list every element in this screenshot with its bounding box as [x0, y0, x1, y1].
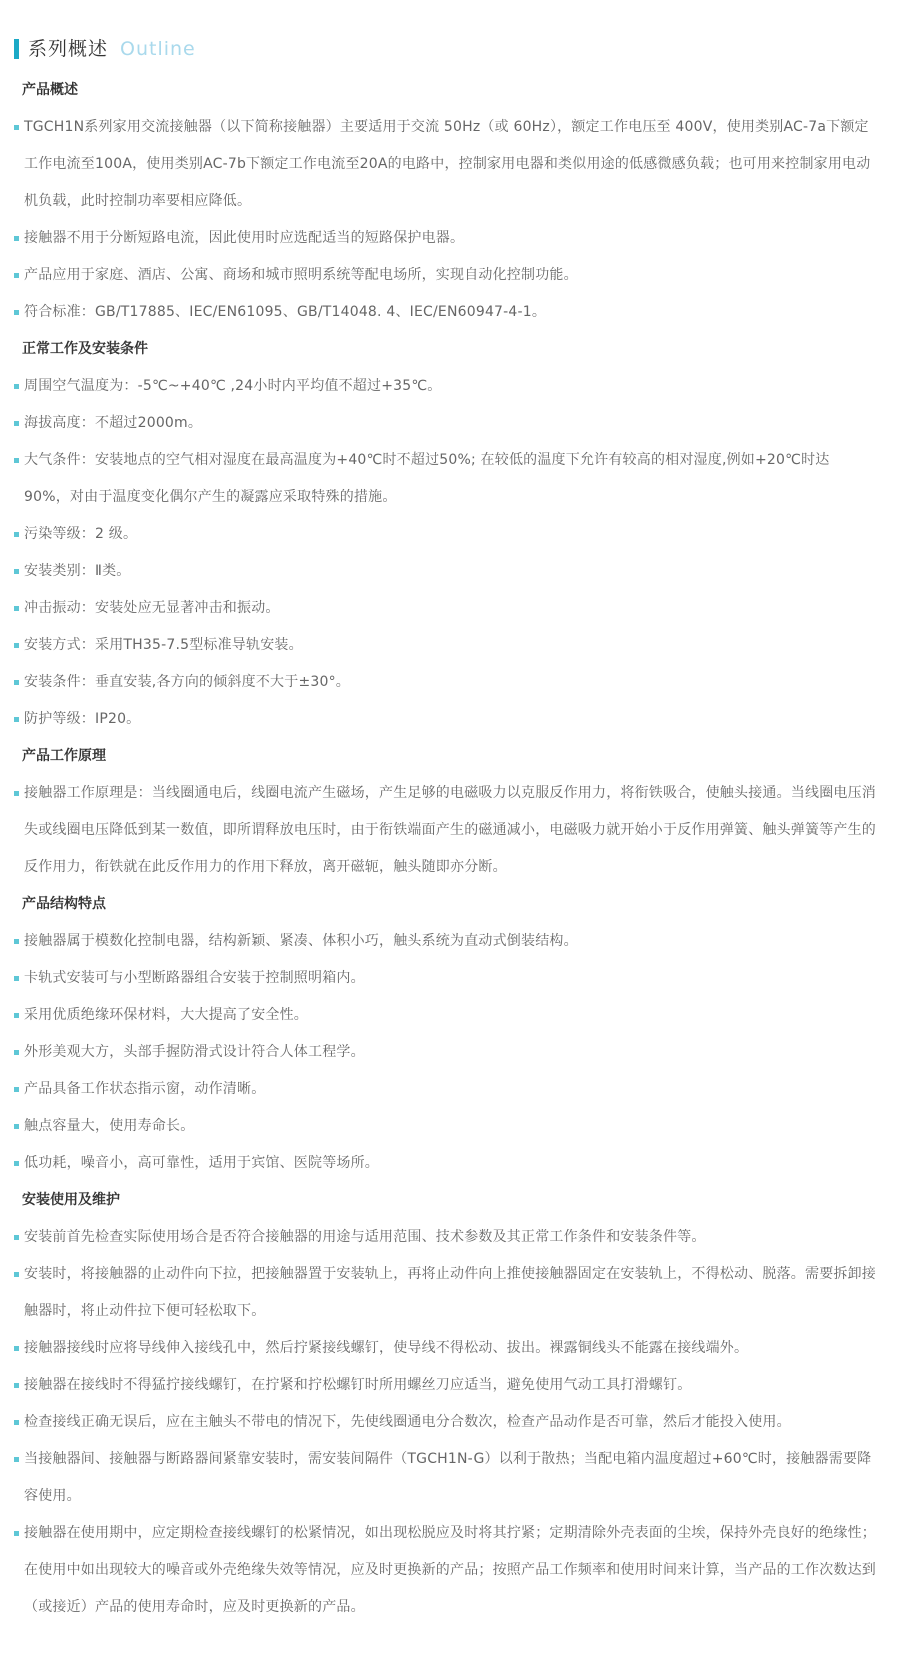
- bullet-item: 海拔高度：不超过2000m。: [14, 405, 876, 442]
- bullet-item: 安装类别：Ⅱ类。: [14, 553, 876, 590]
- bullet-item: 接触器不用于分断短路电流，因此使用时应选配适当的短路保护电器。: [14, 220, 876, 257]
- series-title-cn: 系列概述: [28, 36, 108, 62]
- bullet-item: 低功耗，噪音小，高可靠性，适用于宾馆、医院等场所。: [14, 1145, 876, 1182]
- section-heading-installation-maintenance: 安装使用及维护: [14, 1182, 876, 1219]
- bullet-item: 外形美观大方，头部手握防滑式设计符合人体工程学。: [14, 1034, 876, 1071]
- bullet-list: TGCH1N系列家用交流接触器（以下简称接触器）主要适用于交流 50Hz（或 6…: [14, 109, 876, 331]
- series-title-en: Outline: [120, 36, 196, 62]
- document-page: 系列概述 Outline 产品概述 TGCH1N系列家用交流接触器（以下简称接触…: [0, 0, 900, 1672]
- bullet-item: 冲击振动：安装处应无显著冲击和振动。: [14, 590, 876, 627]
- section-heading-working-principle: 产品工作原理: [14, 738, 876, 775]
- bullet-item: 接触器接线时应将导线伸入接线孔中，然后拧紧接线螺钉，使导线不得松动、拔出。裸露铜…: [14, 1330, 876, 1367]
- bullet-item: 采用优质绝缘环保材料，大大提高了安全性。: [14, 997, 876, 1034]
- bullet-item: 产品应用于家庭、酒店、公寓、商场和城市照明系统等配电场所，实现自动化控制功能。: [14, 257, 876, 294]
- section-product-overview: 产品概述 TGCH1N系列家用交流接触器（以下简称接触器）主要适用于交流 50H…: [14, 72, 876, 331]
- bullet-list: 安装前首先检查实际使用场合是否符合接触器的用途与适用范围、技术参数及其正常工作条…: [14, 1219, 876, 1626]
- section-heading-structure-features: 产品结构特点: [14, 886, 876, 923]
- bullet-item: 防护等级：IP20。: [14, 701, 876, 738]
- section-heading-working-conditions: 正常工作及安装条件: [14, 331, 876, 368]
- bullet-item: 接触器属于模数化控制电器，结构新颖、紧凑、体积小巧，触头系统为直动式倒装结构。: [14, 923, 876, 960]
- section-installation-maintenance: 安装使用及维护 安装前首先检查实际使用场合是否符合接触器的用途与适用范围、技术参…: [14, 1182, 876, 1626]
- bullet-item: 大气条件：安装地点的空气相对湿度在最高温度为+40℃时不超过50%; 在较低的温…: [14, 442, 876, 516]
- bullet-item: 当接触器间、接触器与断路器间紧靠安装时，需安装间隔件（TGCH1N-G）以利于散…: [14, 1441, 876, 1515]
- bullet-list: 接触器属于模数化控制电器，结构新颖、紧凑、体积小巧，触头系统为直动式倒装结构。 …: [14, 923, 876, 1182]
- section-working-principle: 产品工作原理 接触器工作原理是：当线圈通电后，线圈电流产生磁场，产生足够的电磁吸…: [14, 738, 876, 886]
- bullet-item: 卡轨式安装可与小型断路器组合安装于控制照明箱内。: [14, 960, 876, 997]
- series-title: 系列概述 Outline: [14, 36, 876, 62]
- bullet-item: TGCH1N系列家用交流接触器（以下简称接触器）主要适用于交流 50Hz（或 6…: [14, 109, 876, 220]
- bullet-item: 符合标准：GB/T17885、IEC/EN61095、GB/T14048. 4、…: [14, 294, 876, 331]
- bullet-item: 安装条件：垂直安装,各方向的倾斜度不大于±30°。: [14, 664, 876, 701]
- bullet-item: 周围空气温度为：-5℃~+40℃ ,24小时内平均值不超过+35℃。: [14, 368, 876, 405]
- bullet-item: 接触器工作原理是：当线圈通电后，线圈电流产生磁场，产生足够的电磁吸力以克服反作用…: [14, 775, 876, 886]
- bullet-item: 接触器在使用期中，应定期检查接线螺钉的松紧情况，如出现松脱应及时将其拧紧；定期清…: [14, 1515, 876, 1626]
- bullet-item: 接触器在接线时不得猛拧接线螺钉，在拧紧和拧松螺钉时所用螺丝刀应适当，避免使用气动…: [14, 1367, 876, 1404]
- bullet-item: 污染等级：2 级。: [14, 516, 876, 553]
- bullet-item: 检查接线正确无误后，应在主触头不带电的情况下，先使线圈通电分合数次，检查产品动作…: [14, 1404, 876, 1441]
- section-structure-features: 产品结构特点 接触器属于模数化控制电器，结构新颖、紧凑、体积小巧，触头系统为直动…: [14, 886, 876, 1182]
- section-heading-product-overview: 产品概述: [14, 72, 876, 109]
- title-accent-bar: [14, 39, 19, 59]
- bullet-item: 产品具备工作状态指示窗，动作清晰。: [14, 1071, 876, 1108]
- bullet-item: 安装方式：采用TH35-7.5型标准导轨安装。: [14, 627, 876, 664]
- bullet-item: 安装前首先检查实际使用场合是否符合接触器的用途与适用范围、技术参数及其正常工作条…: [14, 1219, 876, 1256]
- bullet-item: 触点容量大，使用寿命长。: [14, 1108, 876, 1145]
- bullet-item: 安装时，将接触器的止动件向下拉，把接触器置于安装轨上，再将止动件向上推使接触器固…: [14, 1256, 876, 1330]
- bullet-list: 周围空气温度为：-5℃~+40℃ ,24小时内平均值不超过+35℃。 海拔高度：…: [14, 368, 876, 738]
- bullet-list: 接触器工作原理是：当线圈通电后，线圈电流产生磁场，产生足够的电磁吸力以克服反作用…: [14, 775, 876, 886]
- section-working-installation-conditions: 正常工作及安装条件 周围空气温度为：-5℃~+40℃ ,24小时内平均值不超过+…: [14, 331, 876, 738]
